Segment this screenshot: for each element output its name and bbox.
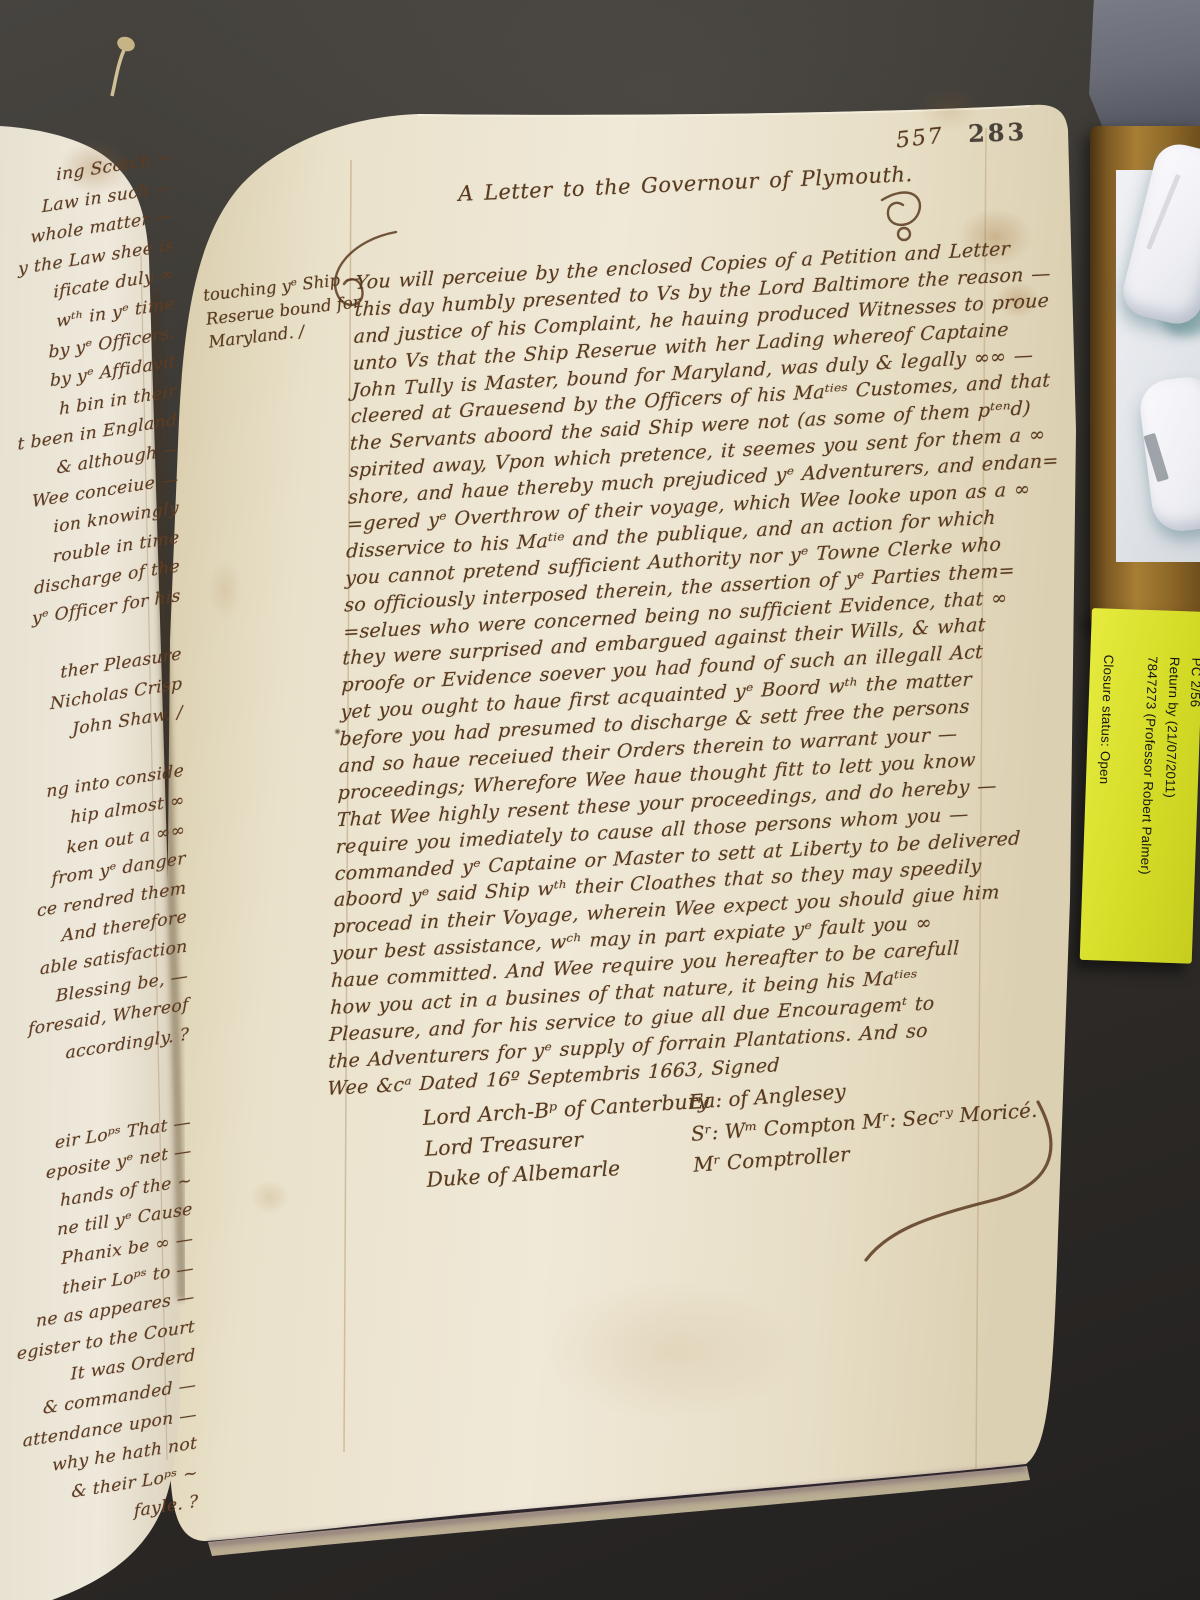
- folio-number-pen: 557: [895, 124, 945, 154]
- left-page-text-fragments: ing Scotch ~Law in such —whole matter —y…: [0, 147, 199, 1551]
- bookmark-tie-knot: [115, 34, 137, 53]
- signatories-left-column: Lord Arch-Bᵖ of CanterburyLord Treasurer…: [422, 1088, 714, 1198]
- letter-body: You will perceiue by the enclosed Copies…: [327, 235, 1067, 1105]
- folio-number-stamp: 283: [968, 117, 1028, 148]
- manuscript-photo: PC 2/56Return by (21/07/2011)7847273 (Pr…: [0, 0, 1200, 1600]
- bookmark-tie: [112, 50, 124, 96]
